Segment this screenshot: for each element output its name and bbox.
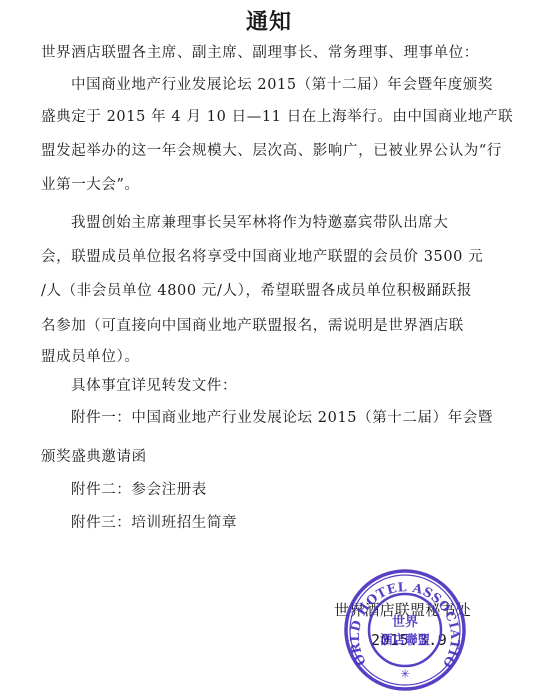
attachment-2: 附件二：参会注册表 (71, 480, 511, 500)
association-seal-stamp: WORLD HOTEL ASSOCIATION 世界 酒店聯盟 ✳ (343, 568, 467, 692)
paragraph-1-line-3: 盟发起举办的这一年会规模大、层次高、影响广，已被业界公认为“行 (41, 141, 481, 161)
paragraph-2-line-1: 我盟创始主席兼理事长吴军林将作为特邀嘉宾带队出席大 (71, 213, 511, 233)
paragraph-2-line-3: /人（非会员单位 4800 元/人），希望联盟各成员单位积极踊跃报 (41, 281, 481, 301)
attachments-intro: 具体事宜详见转发文件： (71, 376, 511, 396)
salutation: 世界酒店联盟各主席、副主席、副理事长、常务理事、理事单位： (41, 43, 481, 63)
attachment-1-line-1: 附件一：中国商业地产行业发展论坛 2015（第十二届）年会暨 (71, 408, 511, 428)
document-title: 通知 (0, 8, 538, 36)
paragraph-1-line-2: 盛典定于 2015 年 4 月 10 日—11 日在上海举行。由中国商业地产联 (41, 107, 481, 127)
attachment-1-line-2: 颁奖盛典邀请函 (41, 447, 481, 467)
paragraph-2-line-4: 名参加（可直接向中国商业地产联盟报名，需说明是世界酒店联 (41, 316, 481, 336)
paragraph-2-line-2: 会，联盟成员单位报名将享受中国商业地产联盟的会员价 3500 元 (41, 247, 481, 267)
seal-center-line-1: 世界 (392, 614, 418, 630)
paragraph-1-line-4: 业第一大会”。 (41, 175, 481, 195)
attachment-3: 附件三：培训班招生简章 (71, 513, 511, 533)
seal-star-icon: ✳ (400, 667, 410, 681)
seal-center-line-2: 酒店聯盟 (380, 632, 431, 647)
paragraph-1-line-1: 中国商业地产行业发展论坛 2015（第十二届）年会暨年度颁奖 (71, 75, 511, 95)
paragraph-2-line-5: 盟成员单位）。 (41, 347, 481, 367)
